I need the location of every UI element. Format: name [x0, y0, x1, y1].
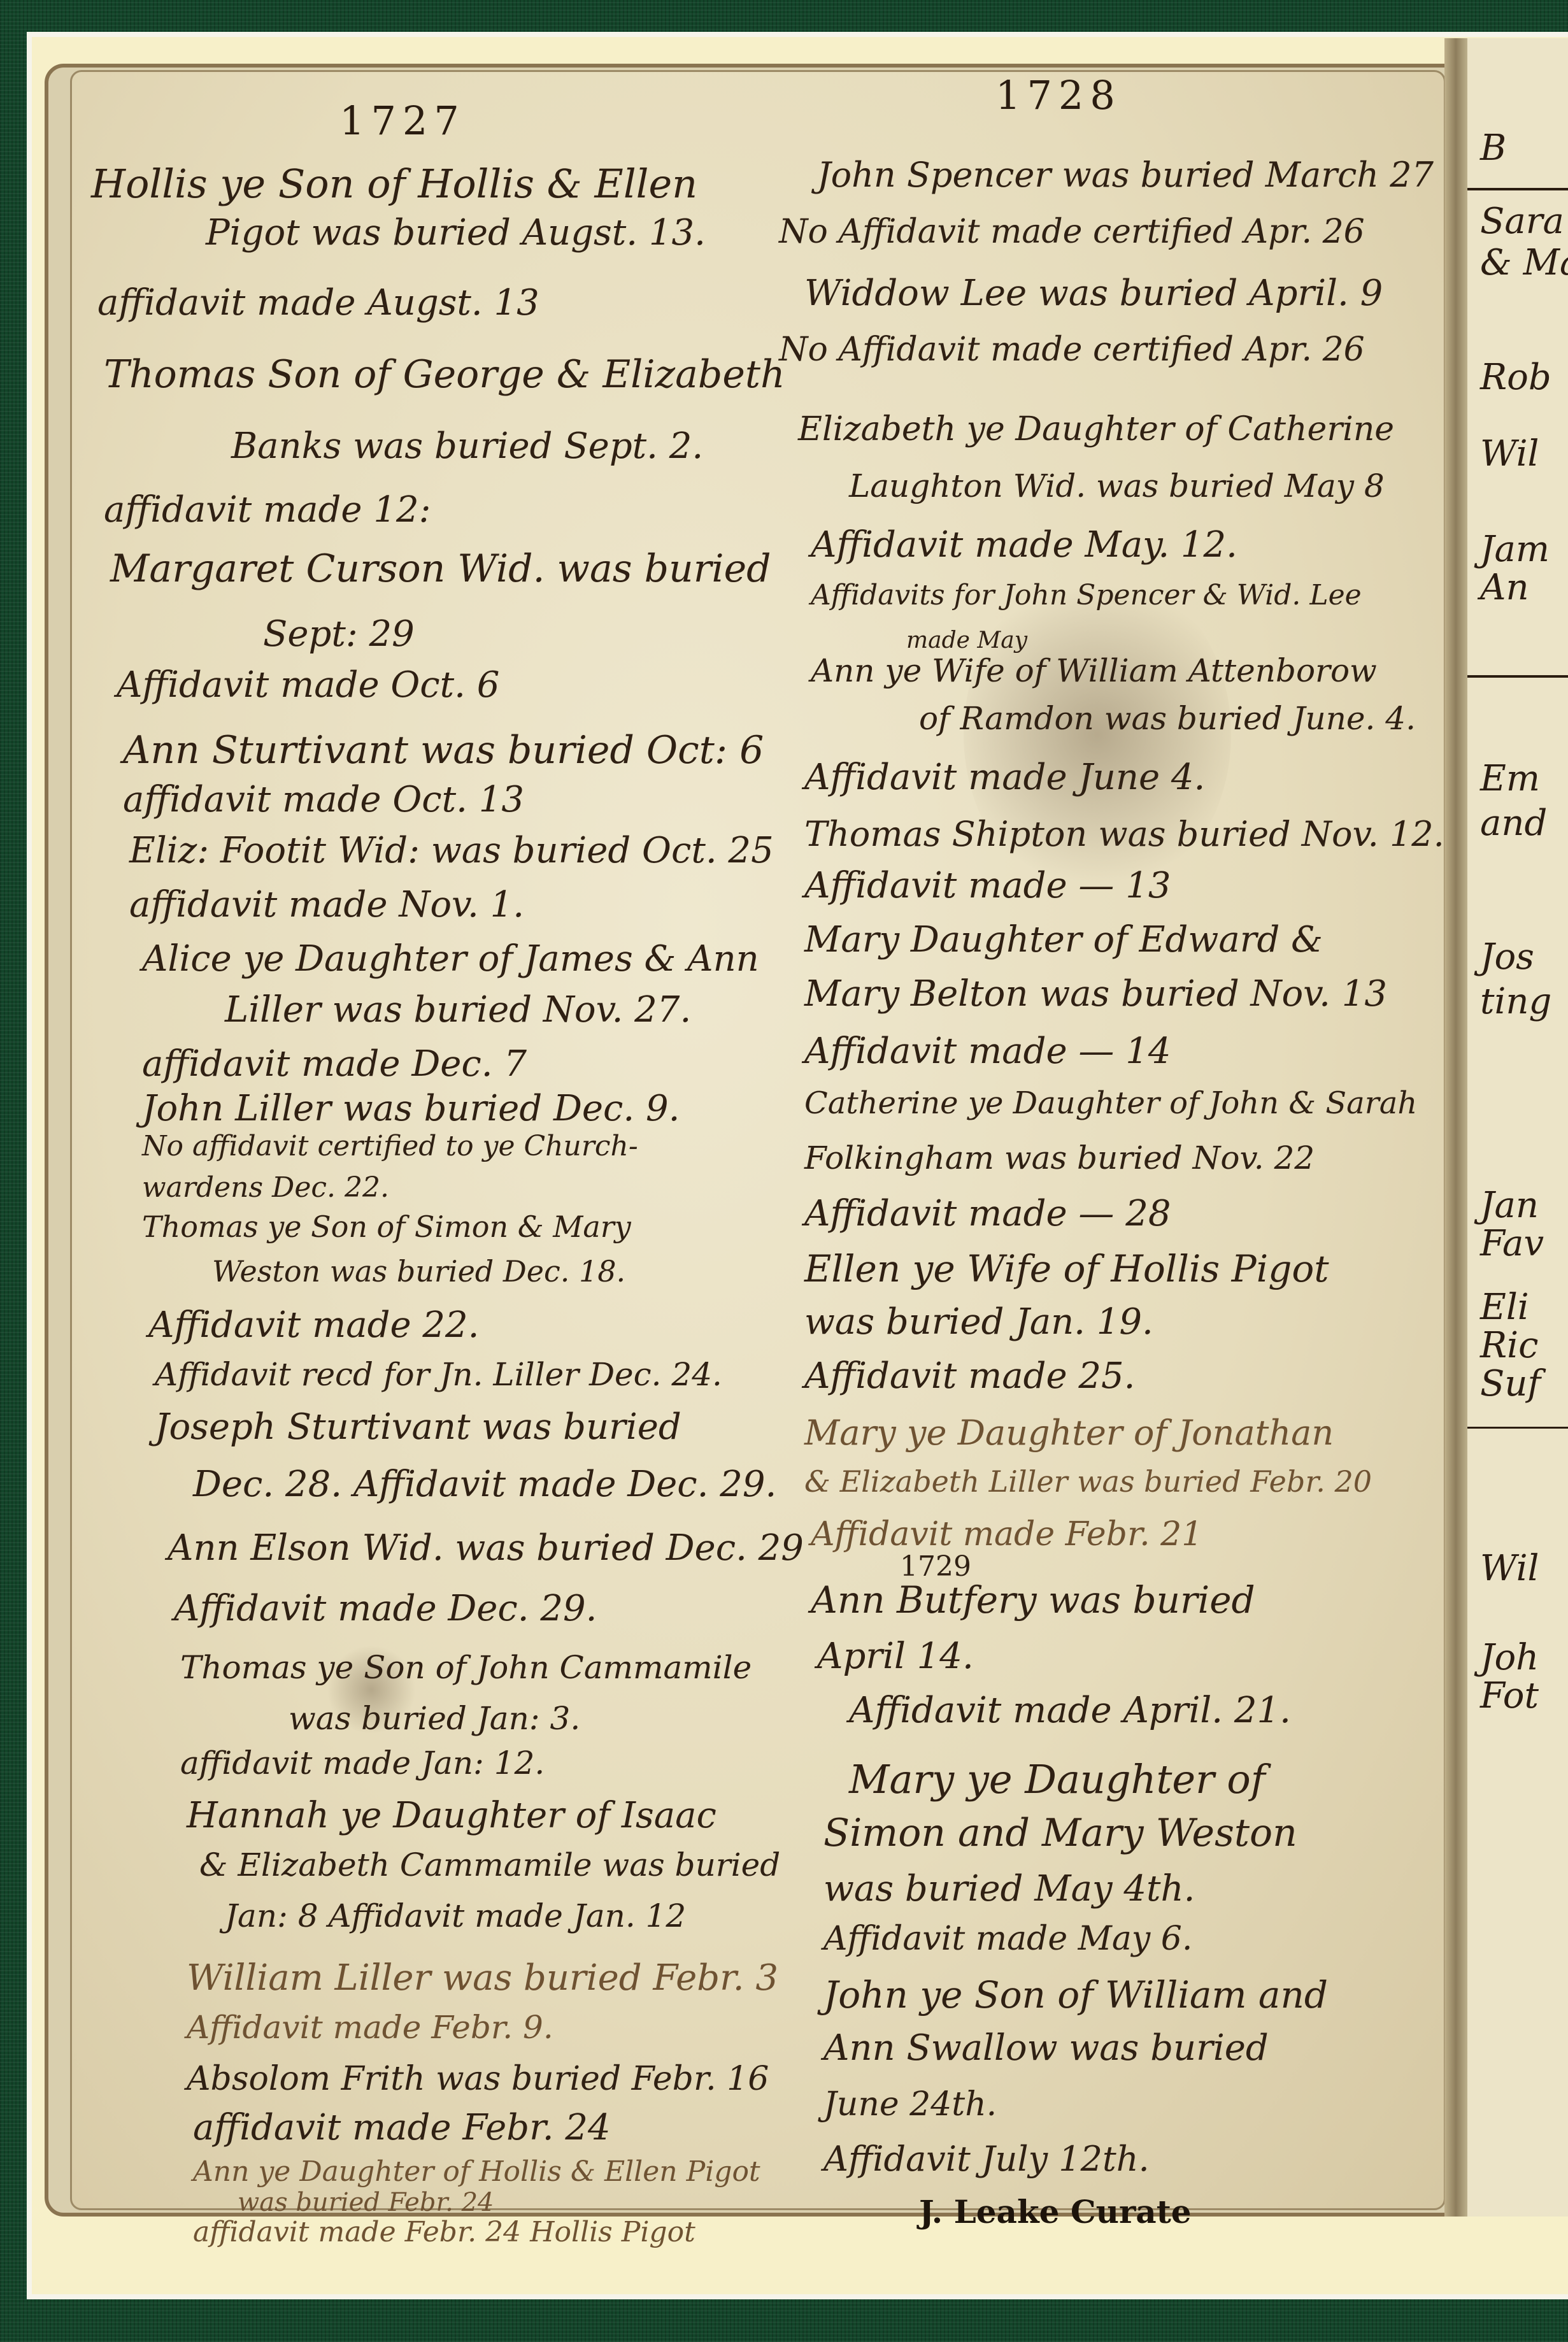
page-gutter	[1444, 38, 1467, 2217]
entry-line: Jan: 8 Affidavit made Jan. 12	[225, 1900, 686, 1932]
entry-line: Joseph Sturtivant was buried	[155, 1410, 681, 1445]
entry-line: Hannah ye Daughter of Isaac	[187, 1798, 716, 1834]
entry-line: Sept: 29	[263, 617, 415, 652]
entry-line: Affidavit made June 4.	[804, 760, 1205, 796]
entry-line: affidavit made Augst. 13	[97, 285, 539, 321]
entry-line: Affidavit recd for Jn. Liller Dec. 24.	[155, 1359, 722, 1390]
entry-line: Thomas Shipton was buried Nov. 12.	[804, 817, 1444, 852]
entry-line: John ye Son of William and	[823, 1976, 1328, 2013]
entry-line: Hollis ye Son of Hollis & Ellen	[91, 164, 697, 204]
entry-line: Simon and Mary Weston	[823, 1814, 1297, 1852]
entry-line: affidavit made Jan: 12.	[180, 1747, 545, 1779]
entry-line: John Spencer was buried March 27	[817, 158, 1434, 192]
entry-line: was buried May 4th.	[823, 1871, 1195, 1907]
entry-line: Widdow Lee was buried April. 9	[804, 276, 1383, 311]
entry-line: Banks was buried Sept. 2.	[231, 429, 703, 464]
fragment: Fav	[1480, 1223, 1544, 1264]
fragment: Rob	[1480, 357, 1551, 398]
entry-line: John Liller was buried Dec. 9.	[142, 1091, 680, 1127]
entry-line: Affidavit made Febr. 21	[811, 1518, 1202, 1551]
entry-line: No affidavit certified to ye Church-	[142, 1132, 638, 1160]
entry-line: Catherine ye Daughter of John & Sarah	[804, 1088, 1417, 1118]
entry-line: Absolom Frith was buried Febr. 16	[187, 2062, 769, 2096]
divider-line	[1467, 1427, 1568, 1429]
entry-line: Affidavit made Oct. 6	[117, 668, 499, 703]
entry-line: Thomas ye Son of John Cammamile	[180, 1652, 752, 1683]
entry-line: Ann ye Daughter of Hollis & Ellen Pigot	[193, 2158, 760, 2186]
entry-line: was buried Jan: 3.	[289, 1703, 580, 1734]
entry-line: Affidavit made Febr. 9.	[187, 2011, 553, 2043]
entry-line: Elizabeth ye Daughter of Catherine	[798, 413, 1394, 446]
entry-line: Affidavit July 12th.	[823, 2142, 1150, 2176]
divider-line	[1467, 675, 1568, 678]
entry-line: Thomas ye Son of Simon & Mary	[142, 1212, 631, 1241]
entry-line: Affidavit made Dec. 29.	[174, 1591, 597, 1627]
fragment: Fot	[1480, 1675, 1539, 1717]
entry-line: Ann Swallow was buried	[823, 2031, 1269, 2066]
fragment: Suf	[1480, 1363, 1541, 1404]
entry-line: William Liller was buried Febr. 3	[187, 1960, 778, 1996]
adjacent-page: B Sara & Ma Rob Wil Jam An Em and Jos ti…	[1467, 38, 1568, 2217]
fragment: Jos	[1480, 936, 1534, 978]
entry-line: No Affidavit made certified Apr. 26	[779, 215, 1365, 248]
fragment: B	[1480, 127, 1506, 169]
year-heading-1728: 1728	[995, 72, 1122, 118]
entry-line: June 24th.	[823, 2088, 997, 2121]
entry-line: Laughton Wid. was buried May 8	[849, 470, 1385, 502]
entry-line: & Elizabeth Cammamile was buried	[199, 1849, 780, 1881]
fragment: An	[1480, 567, 1529, 608]
divider-line	[1467, 188, 1568, 190]
entry-line: affidavit made Febr. 24	[193, 2110, 611, 2146]
entry-line: affidavit made Dec. 7	[142, 1046, 527, 1082]
entry-line: of Ramdon was buried June. 4.	[919, 703, 1416, 734]
fragment: ting	[1480, 981, 1551, 1022]
entry-line: Affidavit made 22.	[148, 1308, 479, 1343]
entry-line: Ann Sturtivant was buried Oct: 6	[123, 731, 764, 769]
entry-line: Affidavit made — 28	[804, 1196, 1171, 1232]
entry-line: Ann Butfery was buried	[811, 1582, 1255, 1618]
inline-year-1729: 1729	[900, 1553, 971, 1581]
fragment: Jam	[1480, 529, 1550, 570]
entry-line: Affidavit made — 13	[804, 868, 1171, 904]
entry-line: affidavit made Febr. 24 Hollis Pigot	[193, 2218, 695, 2246]
entry-line: April 14.	[817, 1639, 974, 1674]
register-page: 1727 Hollis ye Son of Hollis & Ellen Pig…	[70, 70, 1446, 2210]
year-heading-1727: 1727	[339, 97, 466, 144]
entry-line: Dec. 28. Affidavit made Dec. 29.	[193, 1467, 776, 1503]
entry-line: Affidavit made 25.	[804, 1359, 1135, 1394]
fragment: Wil	[1480, 433, 1539, 475]
fragment: Ric	[1480, 1325, 1538, 1366]
fragment: & Ma	[1480, 242, 1568, 283]
entry-line: Ellen ye Wife of Hollis Pigot	[804, 1250, 1329, 1287]
fragment: Eli	[1480, 1287, 1529, 1328]
entry-line: affidavit made 12:	[104, 492, 431, 528]
entry-line: Affidavit made April. 21.	[849, 1693, 1291, 1729]
entry-line: affidavit made Oct. 13	[123, 782, 524, 818]
entry-line: Folkingham was buried Nov. 22	[804, 1142, 1315, 1174]
entry-line: Liller was buried Nov. 27.	[225, 992, 691, 1028]
entry-line: made May	[906, 629, 1027, 652]
entry-line: Margaret Curson Wid. was buried	[110, 550, 771, 588]
entry-line: Ann Elson Wid. was buried Dec. 29	[167, 1531, 804, 1566]
entry-line: Weston was buried Dec. 18.	[212, 1257, 625, 1286]
entry-line: Mary Belton was buried Nov. 13	[804, 976, 1387, 1012]
entry-line: Mary Daughter of Edward &	[804, 922, 1323, 958]
entry-line: Thomas Son of George & Elizabeth	[104, 355, 785, 394]
entry-line: Affidavit made May. 12.	[811, 527, 1237, 563]
entry-line: & Elizabeth Liller was buried Febr. 20	[804, 1467, 1372, 1496]
fragment: Sara	[1480, 201, 1564, 242]
curate-signature: J. Leake Curate	[919, 2196, 1192, 2228]
fragment: Em	[1480, 758, 1540, 799]
fragment: Joh	[1480, 1637, 1539, 1678]
entry-line: Mary ye Daughter of	[849, 1760, 1265, 1799]
entry-line: was buried Jan. 19.	[804, 1304, 1153, 1340]
entry-line: Ann ye Wife of William Attenborow	[811, 655, 1377, 687]
entry-line: Alice ye Daughter of James & Ann	[142, 941, 759, 977]
entry-line: Pigot was buried Augst. 13.	[206, 215, 706, 251]
entry-line: Eliz: Footit Wid: was buried Oct. 25	[129, 833, 774, 869]
entry-line: Affidavit made May 6.	[823, 1922, 1192, 1955]
entry-line: Affidavit made — 14	[804, 1034, 1171, 1069]
entry-line: No Affidavit made certified Apr. 26	[779, 333, 1365, 366]
entry-line: Affidavits for John Spencer & Wid. Lee	[811, 582, 1362, 610]
fragment: Wil	[1480, 1548, 1539, 1589]
entry-line: was buried Febr. 24	[238, 2190, 494, 2215]
entry-line: wardens Dec. 22.	[142, 1174, 389, 1202]
entry-line: affidavit made Nov. 1.	[129, 887, 524, 923]
entry-line: Mary ye Daughter of Jonathan	[804, 1416, 1334, 1450]
fragment: Jan	[1480, 1185, 1539, 1226]
fragment: and	[1480, 803, 1547, 844]
